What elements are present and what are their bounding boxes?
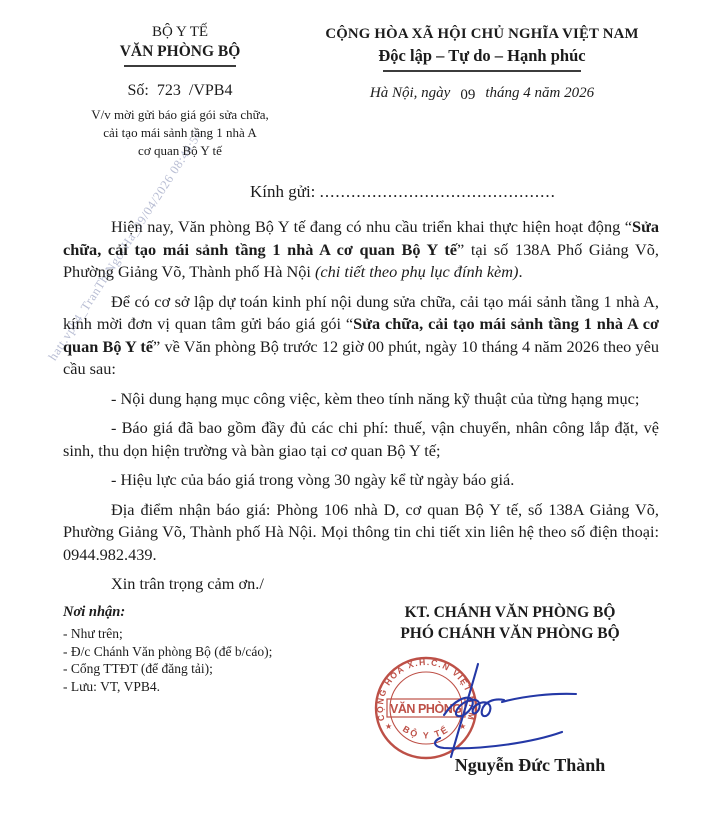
requirement-item: - Hiệu lực của báo giá trong vòng 30 ngà… — [63, 469, 659, 492]
document-subject: V/v mời gửi báo giá gói sửa chữa, cải tạ… — [58, 106, 302, 160]
place-date-line: Hà Nội, ngày09tháng 4 năm 2026 — [302, 85, 662, 102]
issuing-unit-name: VĂN PHÒNG BỘ — [58, 43, 302, 61]
p1-text: . — [518, 262, 522, 281]
recipient-blank-dots: ........................................… — [320, 182, 556, 201]
header-issuing-org: BỘ Y TẾ VĂN PHÒNG BỘ Số: 723 /VPB4 V/v m… — [58, 24, 302, 160]
national-motto: Độc lập – Tự do – Hạnh phúc — [302, 46, 662, 66]
date-suffix: tháng 4 năm 2026 — [485, 85, 594, 101]
p1-attachment-note: (chi tiết theo phụ lục đính kèm) — [315, 262, 518, 281]
national-title: CỘNG HÒA XÃ HỘI CHỦ NGHĨA VIỆT NAM — [302, 26, 662, 43]
recipient-label: Kính gửi: — [250, 182, 315, 201]
date-prefix: Hà Nội, ngày — [370, 85, 450, 101]
distribution-item: - Như trên; — [63, 625, 272, 643]
distribution-list: Nơi nhận: - Như trên; - Đ/c Chánh Văn ph… — [63, 604, 272, 695]
distribution-item: - Lưu: VT, VPB4. — [63, 678, 272, 696]
requirement-item: - Nội dung hạng mục công việc, kèm theo … — [63, 388, 659, 411]
paragraph-address: Địa điểm nhận báo giá: Phòng 106 nhà D, … — [63, 499, 659, 567]
header-national-motto: CỘNG HÒA XÃ HỘI CHỦ NGHĨA VIỆT NAM Độc l… — [302, 26, 662, 102]
org-underline — [124, 65, 236, 67]
motto-underline — [383, 70, 581, 72]
date-day: 09 — [460, 87, 475, 104]
distribution-item: - Đ/c Chánh Văn phòng Bộ (để b/cáo); — [63, 643, 272, 661]
parent-org-name: BỘ Y TẾ — [58, 24, 302, 41]
letter-body: Hiện nay, Văn phòng Bộ Y tế đang có nhu … — [63, 216, 659, 603]
document-number: Số: 723 /VPB4 — [58, 82, 302, 100]
subject-line: cơ quan Bộ Y tế — [58, 142, 302, 160]
subject-line: cải tạo mái sảnh tầng 1 nhà A — [58, 124, 302, 142]
requirement-item: - Báo giá đã bao gồm đầy đủ các chi phí:… — [63, 417, 659, 462]
distribution-label: Nơi nhận: — [63, 604, 272, 621]
distribution-items: - Như trên; - Đ/c Chánh Văn phòng Bộ (để… — [63, 625, 272, 695]
p2-text: ” về Văn phòng Bộ trước 12 giờ 00 phút, … — [63, 337, 659, 379]
distribution-item: - Cổng TTĐT (để đăng tải); — [63, 660, 272, 678]
signer-title-1: KT. CHÁNH VĂN PHÒNG BỘ — [352, 602, 668, 623]
signature-block: KT. CHÁNH VĂN PHÒNG BỘ PHÓ CHÁNH VĂN PHÒ… — [352, 602, 668, 644]
closing-thanks: Xin trân trọng cảm ơn./ — [63, 573, 659, 596]
document-page: hatt.vpb4_TranThiNgocHa_09/04/2026 08:44… — [0, 0, 719, 814]
signer-name: Nguyễn Đức Thành — [392, 755, 668, 776]
paragraph-1: Hiện nay, Văn phòng Bộ Y tế đang có nhu … — [63, 216, 659, 284]
p1-text: Hiện nay, Văn phòng Bộ Y tế đang có nhu … — [111, 217, 632, 236]
signer-title-2: PHÓ CHÁNH VĂN PHÒNG BỘ — [352, 623, 668, 644]
paragraph-2: Để có cơ sở lập dự toán kinh phí nội dun… — [63, 291, 659, 381]
stamp-star-left: ★ — [385, 722, 392, 731]
handwritten-signature-icon — [424, 660, 589, 765]
recipient-line: Kính gửi: ..............................… — [250, 182, 556, 202]
subject-line: V/v mời gửi báo giá gói sửa chữa, — [58, 106, 302, 124]
